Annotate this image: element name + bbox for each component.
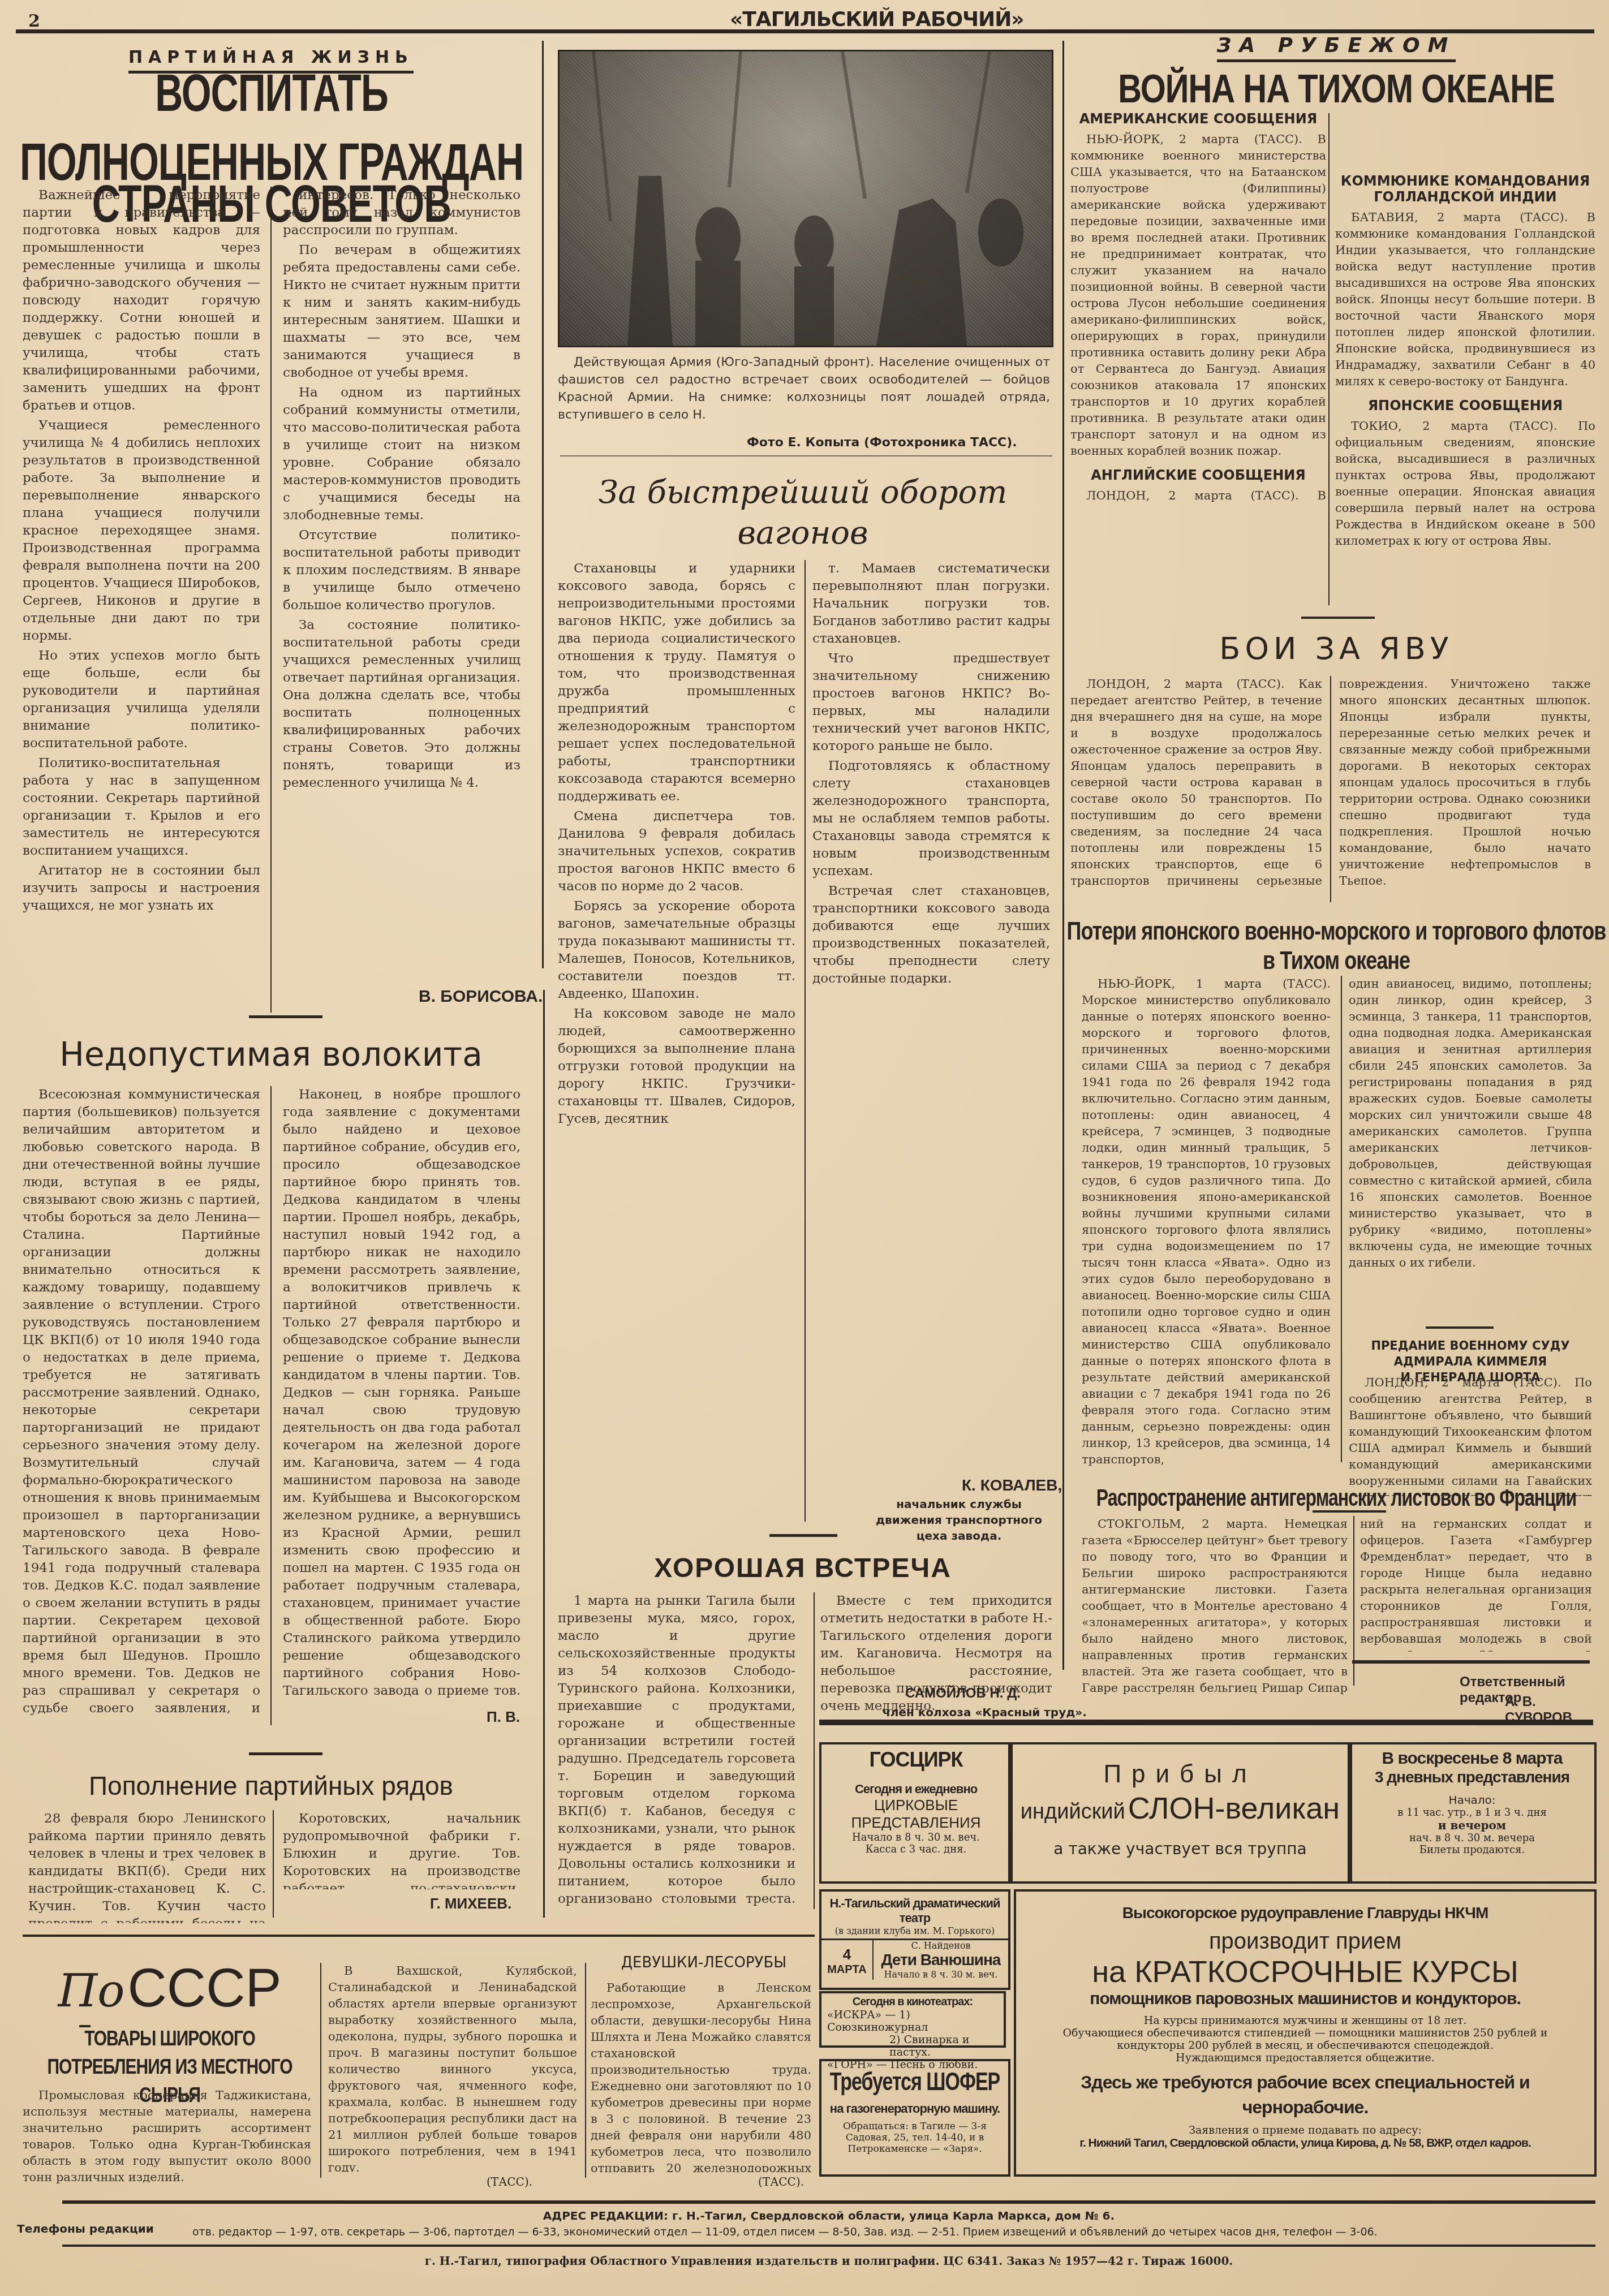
elephant-headline: индийский СЛОН-великан	[1010, 1791, 1350, 1826]
article-wagons-col2: т. Мамаев систематически перевыполняют п…	[812, 560, 1050, 1465]
courses-address: г. Нижний Тагил, Свердловской области, у…	[1016, 2136, 1594, 2150]
article-ussr-col1: Промысловая кооперация Таджикистана, исп…	[23, 2087, 311, 2195]
circus-start: Начало в 8 ч. 30 м. веч.	[821, 1832, 1010, 1843]
headline-java-battles: БОИ ЗА ЯВУ	[1064, 631, 1609, 666]
column-divider	[804, 560, 806, 1522]
theatre-author: С. Найденов	[874, 1940, 1008, 1951]
ad-driver: Требуется ШОФЕР на газогенераторную маши…	[819, 2059, 1010, 2177]
footer-phones-label: Телефоны редакции	[17, 2222, 154, 2235]
courses-paragraph: Обучающиеся обеспечиваются стипендией — …	[1016, 2027, 1594, 2052]
wavy-separator	[560, 455, 1052, 456]
ad-elephant: Прибыл индийский СЛОН-великан а также уч…	[1008, 1742, 1352, 1884]
sunday-line: В воскресенье 8 марта	[1350, 1749, 1594, 1768]
courses-paragraph: На курсы принимаются мужчины и женщины о…	[1016, 2014, 1594, 2027]
circus-line: Сегодня и ежедневно	[821, 1782, 1010, 1797]
article-party-ranks-col2: Коротовских, начальник рудопромывочной ф…	[283, 1810, 520, 1889]
courses-paragraph: Нуждающимся предоставляется общежитие.	[1016, 2052, 1594, 2064]
column-divider	[814, 1592, 815, 1909]
courses-line: производит прием	[1016, 1929, 1594, 1954]
rubric-ussr: По СССР	[23, 1957, 317, 2031]
paragraph: 28 февраля бюро Ленинского райкома парти…	[28, 1810, 266, 1923]
ad-theatre: Н.-Тагильский драматический театр (в зда…	[819, 1889, 1010, 1990]
headline-line: в Тихом океане	[1064, 942, 1609, 979]
paragraph: По вечерам в общежитиях ребята предостав…	[283, 242, 520, 382]
footer-rule	[62, 2200, 1595, 2204]
article-party-life-col2: интересов. Только несколько ней тому наз…	[283, 187, 520, 984]
theatre-start: Начало в 8 ч. 30 м. веч.	[874, 1969, 1008, 1980]
paragraph: Наконец, в ноябре прошлого года заявлени…	[283, 1086, 520, 1703]
cinema-line: «ИСКРА» — 1) Союзкиножурнал	[827, 2009, 998, 2034]
column-divider	[543, 990, 545, 1918]
page-number: 2	[28, 11, 40, 31]
signature-borisova: В. БОРИСОВА.	[419, 987, 543, 1006]
driver-subtitle: на газогенераторную машину.	[821, 2101, 1008, 2116]
headline-wagons: За быстрейший оборот вагонов	[543, 472, 1062, 554]
paragraph: Подготовляясь к областному слету стахано…	[812, 757, 1050, 880]
separator	[249, 1752, 322, 1755]
sunday-evening: и вечером	[1350, 1819, 1594, 1832]
separator	[23, 1935, 815, 1937]
courses-apply: Заявления о приеме подавать по адресу:	[1016, 2124, 1594, 2136]
article-girls-lumberjacks: Работающие в Ленском леспромхозе, Арханг…	[591, 1980, 811, 2172]
column-divider	[270, 1086, 272, 1725]
theatre-month: МАРТА	[821, 1963, 872, 1976]
photo-credit: Фото Е. Копыта (Фотохроника ТАСС).	[747, 436, 1017, 450]
rubric-big: СССР	[128, 1958, 282, 2018]
cinema-line: 2) Свинарка и пастух.	[827, 2034, 998, 2058]
article-losses-col2: один авианосец, видимо, потоплены; один …	[1349, 976, 1592, 1321]
circus-line: ПРЕДСТАВЛЕНИЯ	[821, 1814, 1010, 1832]
signature-title-samoylov: член колхоза «Красный труд».	[883, 1705, 1087, 1719]
paragraph: Но этих успехов могло быть еще больше, е…	[23, 647, 260, 752]
paragraph: Учащиеся ремесленного училища № 4 добили…	[23, 417, 260, 645]
paragraph: Борясь за ускорение оборота вагонов, зам…	[558, 898, 795, 1003]
footer-address: АДРЕС РЕДАКЦИИ: г. Н.-Тагил, Свердловско…	[62, 2209, 1595, 2222]
rubric-abroad: ЗА РУБЕЖОМ	[1064, 34, 1609, 57]
section-title: КОММЮНИКЕ КОМАНДОВАНИЯ ГОЛЛАНДСКОЙ ИНДИИ	[1335, 173, 1595, 205]
paragraph: Важнейшее мероприятие партии и правитель…	[23, 187, 260, 415]
section-text: БАТАВИЯ, 2 марта (ТАСС). В коммюнике ком…	[1335, 209, 1595, 390]
courses-org: Высокогорское рудоуправление Главруды НК…	[1016, 1904, 1594, 1922]
theatre-title: Н.-Тагильский драматический театр	[821, 1896, 1008, 1925]
paragraph: т. Мамаев систематически перевыполняют п…	[812, 560, 1050, 648]
separator	[1426, 1326, 1494, 1329]
section-text: ТОКИО, 2 марта (ТАСС). По официальным св…	[1335, 418, 1595, 549]
theatre-play: Дети Ванюшина	[874, 1951, 1008, 1969]
paragraph: интересов. Только несколько ней тому наз…	[283, 187, 520, 239]
column-divider	[273, 1810, 274, 1918]
headline-party-ranks: Пополнение партийных рядов	[0, 1771, 542, 1801]
section-title: АНГЛИЙСКИЕ СООБЩЕНИЯ	[1070, 467, 1326, 483]
paragraph: Стахановцы и ударники коксового завода, …	[558, 560, 795, 805]
sunday-evening-time: нач. в 8 ч. 30 м. вечера	[1350, 1832, 1594, 1844]
separator	[769, 1534, 837, 1537]
headline-line: За быстрейший оборот	[543, 472, 1062, 513]
courses-line: помощников паровозных машинистов и конду…	[1016, 1989, 1594, 2009]
elephant-big: СЛОН-великан	[1128, 1791, 1340, 1825]
headline-japanese-losses: Потери японского военно-морского и торго…	[1064, 916, 1609, 975]
paper-name: «ТАГИЛЬСКИЙ РАБОЧИЙ»	[730, 8, 1024, 31]
elephant-line: а также участвует вся труппа	[1010, 1840, 1350, 1858]
column-divider	[1341, 976, 1342, 1462]
abroad-col1: АМЕРИКАНСКИЕ СООБЩЕНИЯ НЬЮ-ЙОРК, 2 марта…	[1070, 111, 1326, 507]
article-party-ranks-col1: 28 февраля бюро Ленинского райкома парти…	[28, 1810, 266, 1923]
paragraph: На коксовом заводе не мало людей, самоот…	[558, 1005, 795, 1128]
column-divider	[1062, 41, 1064, 1670]
theatre-bill: 4 МАРТА С. Найденов Дети Ванюшина Начало…	[821, 1940, 1008, 1980]
circus-title: ГОСЦИРК	[821, 1748, 1010, 1772]
signature-kovalev: К. КОВАЛЕВ,	[962, 1476, 1062, 1494]
theatre-play-info: С. Найденов Дети Ванюшина Начало в 8 ч. …	[874, 1940, 1008, 1980]
courses-line: на КРАТКОСРОЧНЫЕ КУРСЫ	[1016, 1954, 1594, 1989]
article-leaflets-col2: ний на германских солдат и офицеров. Газ…	[1360, 1516, 1592, 1652]
ad-short-courses: Высокогорское рудоуправление Главруды НК…	[1014, 1889, 1597, 2177]
credit-tass: (ТАСС).	[758, 2175, 804, 2189]
article-kimmel-trial: ЛОНДОН, 2 марта (ТАСС). По сообщению аге…	[1349, 1375, 1592, 1496]
ad-sunday-shows: В воскресенье 8 марта 3 дневных представ…	[1348, 1742, 1597, 1884]
separator	[1352, 1660, 1590, 1664]
photo-caption: Действующая Армия (Юго-Западный фронт). …	[558, 354, 1050, 427]
masthead-rule	[16, 29, 1594, 33]
rubric-label: ЗА РУБЕЖОМ	[1217, 34, 1456, 62]
article-party-life-col1: Важнейшее мероприятие партии и правитель…	[23, 187, 260, 996]
courses-workers: Здесь же требуются рабочие всех специаль…	[1016, 2070, 1594, 2120]
column-divider	[270, 187, 272, 1013]
headline-pacific-war: ВОЙНА НА ТИХОМ ОКЕАНЕ	[1064, 66, 1609, 111]
paragraph: Агитатор не в состоянии был изучить запр…	[23, 862, 260, 915]
section-title: ЯПОНСКИЕ СООБЩЕНИЯ	[1335, 398, 1595, 413]
paragraph: Коротовских, начальник рудопромывочной ф…	[283, 1810, 520, 1889]
footer-rule	[62, 2245, 1595, 2247]
cinema-title: Сегодня в кинотеатрах:	[827, 1996, 998, 2009]
signature-title-kovalev: начальник службы движения транспортного …	[866, 1496, 1052, 1544]
article-red-tape-col2: Наконец, в ноябре прошлого года заявлени…	[283, 1086, 520, 1703]
theatre-venue: (в здании клуба им. М. Горького)	[821, 1925, 1008, 1940]
theatre-day: 4	[821, 1946, 872, 1963]
photo-colkhoz-women-horses	[558, 50, 1053, 347]
headline-good-meeting: ХОРОШАЯ ВСТРЕЧА	[543, 1553, 1062, 1584]
column-divider	[585, 1963, 586, 2178]
headline-line: ПРЕДАНИЕ ВОЕННОМУ СУДУ АДМИРАЛА КИММЕЛЯ	[1349, 1338, 1592, 1369]
driver-title: Требуется ШОФЕР	[821, 2068, 1008, 2097]
article-good-meeting-col1: 1 марта на рынки Тагила были привезены м…	[558, 1592, 795, 1909]
paragraph: Встречая слет стахановцев, транспортники…	[812, 882, 1050, 988]
headline-leaflets-france: Распространение антигерманских листовок …	[1064, 1484, 1609, 1511]
article-red-tape-col1: Всесоюзная коммунистическая партия (боль…	[23, 1086, 260, 1720]
paragraph: Отсутствие политико-воспитательной работ…	[283, 527, 520, 614]
signature-miheev: Г. МИХЕЕВ.	[430, 1895, 511, 1912]
circus-cashier: Касса с 3 час. дня.	[821, 1843, 1010, 1855]
headline-girls-lumberjacks: ДЕВУШКИ-ЛЕСОРУБЫ	[591, 1954, 817, 1971]
article-leaflets-col1: СТОКГОЛЬМ, 2 марта. Немецкая газета «Брю…	[1082, 1516, 1348, 1697]
paragraph: За состояние политико-воспитательной раб…	[283, 617, 520, 792]
article-ussr-col2: В Вахшской, Кулябской, Сталинабадской и …	[328, 1963, 577, 2172]
headline-line: вагонов	[543, 513, 1062, 554]
ads-top-rule	[819, 1720, 1593, 1725]
ad-circus: ГОСЦИРК Сегодня и ежедневно ЦИРКОВЫЕ ПРЕ…	[819, 1742, 1013, 1884]
paragraph: Что предшествует значительному снижению …	[812, 650, 1050, 755]
article-wagons-col1: Стахановцы и ударники коксового завода, …	[558, 560, 795, 1533]
section-title: АМЕРИКАНСКИЕ СООБЩЕНИЯ	[1070, 111, 1326, 127]
paragraph: 1 марта на рынки Тагила были привезены м…	[558, 1592, 795, 1909]
paragraph: Смена диспетчера тов. Данилова 9 февраля…	[558, 808, 795, 895]
elephant-small: индийский	[1021, 1800, 1125, 1824]
column-divider	[320, 1963, 321, 2178]
column-divider	[1328, 113, 1330, 605]
sunday-tickets: Билеты продаются.	[1350, 1844, 1594, 1856]
signature-pv: П. В.	[487, 1708, 520, 1726]
article-java: ЛОНДОН, 2 марта (ТАСС). Как передает аге…	[1070, 676, 1591, 902]
abroad-col2: КОММЮНИКЕ КОМАНДОВАНИЯ ГОЛЛАНДСКОЙ ИНДИИ…	[1335, 111, 1595, 609]
sunday-times: в 11 час. утр., в 1 и 3 ч. дня	[1350, 1807, 1594, 1819]
circus-line: ЦИРКОВЫЕ	[821, 1797, 1010, 1814]
paragraph: Всесоюзная коммунистическая партия (боль…	[23, 1086, 260, 1720]
footer-phones: отв. редактор — 1-97, отв. секретарь — 3…	[192, 2226, 1595, 2238]
footer-printer: г. Н.-Тагил, типография Областного Управ…	[62, 2254, 1595, 2268]
photo-silhouettes-icon	[560, 51, 1052, 346]
headline-red-tape: Недопустимая волокита	[0, 1035, 542, 1074]
section-text: НЬЮ-ЙОРК, 2 марта (ТАСС). В коммюнике во…	[1070, 131, 1326, 459]
paragraph: Политико-воспитательная работа у нас в з…	[23, 755, 260, 860]
sunday-start-label: Начало:	[1350, 1793, 1594, 1807]
paragraph: На одном из партийных собраний коммунист…	[283, 384, 520, 524]
theatre-date: 4 МАРТА	[821, 1940, 874, 1980]
elephant-line: Прибыл	[1010, 1760, 1350, 1789]
article-good-meeting-col2: Вместе с тем приходится отметить недоста…	[820, 1592, 1052, 1722]
rubric-script: По	[58, 1965, 124, 2017]
credit-tass: (ТАСС).	[487, 2175, 532, 2189]
section-text: ЛОНДОН, 2 марта (ТАСС). В коммюнике англ…	[1070, 488, 1326, 507]
sunday-line: 3 дневных представления	[1350, 1768, 1594, 1786]
article-losses-col1: НЬЮ-ЙОРК, 1 марта (ТАСС). Морское минист…	[1082, 976, 1331, 1468]
ad-cinema: Сегодня в кинотеатрах: «ИСКРА» — 1) Союз…	[819, 1991, 1006, 2048]
signature-samoylov: САМОЙЛОВ Н. Д.	[905, 1686, 1021, 1701]
separator	[1301, 617, 1375, 619]
separator	[249, 1015, 322, 1018]
driver-contact: Обращаться: в Тагиле — 3-я Садовая, 25, …	[821, 2121, 1008, 2155]
